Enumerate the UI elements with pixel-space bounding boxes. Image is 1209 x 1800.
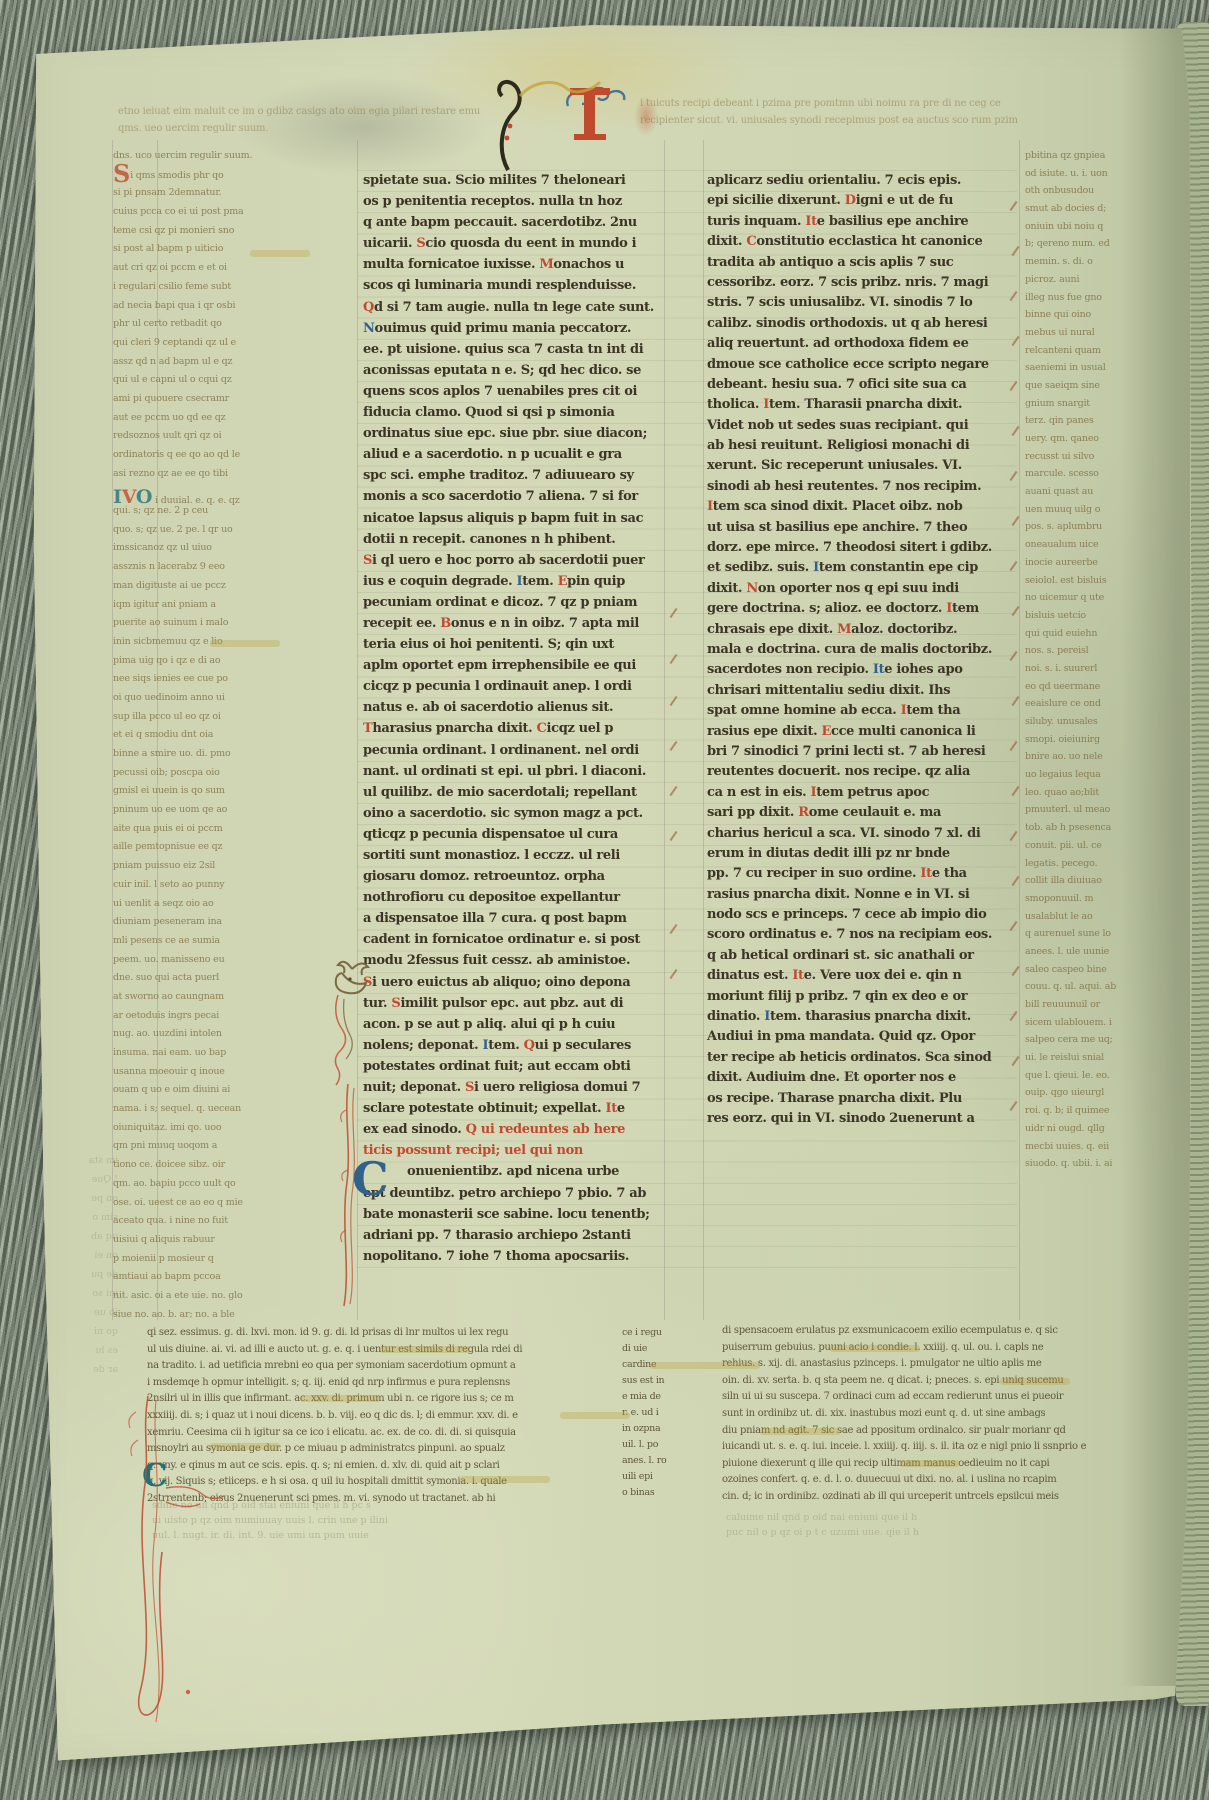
text-line: ordinatus siue epc. siue pbr. siue diaco… (363, 426, 663, 447)
text-line: ut uisa st basilius epe anchire. 7 theo (707, 520, 1019, 540)
text-line: puc nil o p qz oi p t c uzumi uue. qie i… (726, 1527, 1186, 1542)
text-line: aliud e a sacerdotio. n p ucualit e gra (363, 447, 663, 468)
text-line: et sedibz. suis. Item constantin epe cip (707, 560, 1019, 580)
text-line: chrisari mittentaliu sediu dixit. Ihs (707, 683, 1019, 703)
text-line: cuir inil. l seto ao punny (113, 879, 315, 898)
text-line: erum in diutas dedit illi pz nr bnde (707, 846, 1019, 866)
parchment: etno ieiuat eim maluit ce im o gdibz cas… (0, 0, 1209, 1800)
text-line: ar oetoduis ingrs pecai (113, 1010, 315, 1029)
text-line: Si uero euictus ab aliquo; oino depona (363, 975, 663, 996)
ochre-highlight (830, 1345, 920, 1352)
text-line: os recipe. Tharase pnarcha dixit. Plu (707, 1091, 1019, 1111)
ochre-highlight (1000, 1378, 1070, 1385)
text-line: spietate sua. Scio milites 7 theloneari (363, 173, 663, 194)
text-line: sclare potestate obtinuit; expellat. Ite (363, 1101, 663, 1122)
text-line: gere doctrina. s; alioz. ee doctorz. Ite… (707, 601, 1019, 621)
text-line: Audiui in pma mandata. Quid qz. Opor (707, 1029, 1019, 1049)
text-line: os p penitentia receptos. nulla tn hoz (363, 194, 663, 215)
main-column-1: spietate sua. Scio milites 7 theloneario… (363, 173, 663, 1270)
text-line: scoro ordinatus e. 7 nos na recipiam eos… (707, 927, 1019, 947)
text-line: assznis n lacerabz 9 eeo (113, 561, 315, 580)
text-line: pecuniam ordinat e dicoz. 7 qz p pniam (363, 595, 663, 616)
bottom-gloss-mid: ce i regudi uiecardinesus est ine mia de… (622, 1327, 700, 1503)
text-line: dmoue sce catholice ecce scripto negare (707, 357, 1019, 377)
text-line: IVO i duuial. e. q. e. qz (113, 486, 315, 505)
text-line: dns. uco uercim regulir suum. (113, 150, 315, 169)
text-line: sacerdotes non recipio. Ite iohes apo (707, 662, 1019, 682)
text-line: anes. l. ro (622, 1455, 700, 1471)
text-line: aceato qua. i nine no fuit (113, 1215, 315, 1234)
text-line: pp. 7 cu reciper in suo ordine. Ite tha (707, 866, 1019, 886)
text-line: cadent in fornicatoe ordinatur e. si pos… (363, 932, 663, 953)
text-line: qticqz p pecunia dispensatoe ul cura (363, 827, 663, 848)
text-line: puerite ao suinum i malo (113, 617, 315, 636)
faded-red-letter (634, 96, 658, 136)
text-line: qm. ao. bapiu pcco uult qo (113, 1178, 315, 1197)
text-line: aut ee pccm uo qd ee qz (113, 412, 315, 431)
text-line: ca n est in eis. Item petrus apoc (707, 785, 1019, 805)
text-line: gmisl ei uuein is qo sum (113, 785, 315, 804)
text-line: sdine ne uil qnd p oid stai eniuni que i… (152, 1500, 632, 1515)
text-line: pninum uo ee uom qe ao (113, 804, 315, 823)
ochre-highlight (300, 1395, 380, 1402)
vertical-rule (1019, 140, 1020, 1320)
text-line: fiducia clamo. Quod si qsi p simonia (363, 405, 663, 426)
text-line: aut cri qz oi pccm e et oi (113, 262, 315, 281)
text-line: nama. i s; sequel. q. uecean (113, 1103, 315, 1122)
text-line: recepit ee. Bonus e n in oibz. 7 apta mi… (363, 616, 663, 637)
text-line: oino a sacerdotio. sic symon magz a pct. (363, 806, 663, 827)
ochre-highlight (760, 1428, 840, 1435)
text-line: bate monasterii sce sabine. locu tenentb… (363, 1207, 663, 1228)
text-line: uili epi (622, 1471, 700, 1487)
text-line: di uie (622, 1343, 700, 1359)
text-line: natus e. ab oi sacerdotio alienus sit. (363, 700, 663, 721)
text-line: ius e coquin degrade. Item. Epin quip (363, 574, 663, 595)
text-line: nicatoe lapsus aliquis p bapm fuit in sa… (363, 511, 663, 532)
ochre-highlight (210, 1443, 280, 1450)
text-line: qo ni (58, 1326, 118, 1345)
text-line: monis a sco sacerdotio 7 aliena. 7 si fo… (363, 489, 663, 510)
text-line: nothrofioru cu depositoe expellantur (363, 890, 663, 911)
text-line: e mia de (622, 1391, 700, 1407)
manuscript-leaf: etno ieiuat eim maluit ce im o gdibz cas… (0, 0, 1209, 1800)
text-line: aite qua puis ei oi pccm (113, 823, 315, 842)
text-line: Tharasius pnarcha dixit. Cicqz uel p (363, 721, 663, 742)
show-through-left: im sta! Queon pesim ouq abon eide pumi s… (58, 1155, 118, 1383)
text-line: qui cleri 9 ceptandi qz ul e (113, 337, 315, 356)
text-line: uicarii. Scio quosda du eent in mundo i (363, 236, 663, 257)
text-line: ouam q uo e oim diuini ai (113, 1084, 315, 1103)
text-line: Si ql uero e hoc porro ab sacerdotii pue… (363, 553, 663, 574)
text-line: redsoznos uult qri qz oi (113, 430, 315, 449)
text-line: si pi pnsam 2demnatur. (113, 187, 315, 206)
top-gloss-right: i tuicuts recipi debeant i pzima pre pom… (640, 98, 1185, 132)
text-line: nopolitano. 7 iohe 7 thoma apocsariis. (363, 1249, 663, 1270)
text-line: diuniam peseneram ina (113, 916, 315, 935)
text-line: mala e doctrina. cura de malis doctoribz… (707, 642, 1019, 662)
text-line: r. e. ud i (622, 1407, 700, 1423)
text-line: charius hericul a sca. VI. sinodo 7 xl. … (707, 826, 1019, 846)
right-edge-shadow (1120, 26, 1190, 1686)
text-line: mi so (58, 1288, 118, 1307)
text-line: p moienii p mosieur q (113, 1253, 315, 1272)
text-line: teme csi qz pi monieri sno (113, 225, 315, 244)
text-line: i msdemqe h opmur intelligit. s; q. iij.… (147, 1377, 639, 1394)
text-line: phr ul certo retbadit qo (113, 318, 315, 337)
text-line: insuma. nai eam. uo bap (113, 1047, 315, 1066)
vertical-rule (703, 140, 704, 1320)
text-line: dixit. Audiuim dne. Et oporter nos e (707, 1070, 1019, 1090)
cadel-ascender (480, 66, 630, 176)
text-line: sortiti sunt monastioz. l ecczz. ul reli (363, 848, 663, 869)
text-line: et ei q smodiu dnt oia (113, 729, 315, 748)
text-line: iqm igitur ani pniam a (113, 599, 315, 618)
text-line: on pe (58, 1193, 118, 1212)
text-line: o binas (622, 1487, 700, 1503)
text-line: dinatus est. Ite. Vere uox dei e. qin n (707, 968, 1019, 988)
text-line: es lu (58, 1345, 118, 1364)
text-line: recipienter sicut. vi. uniusales synodi … (640, 115, 1185, 132)
text-line: uul. l. nugt. ir. di. int. 9. uie umi un… (152, 1530, 632, 1545)
text-line: q ab hetical ordinari st. sic anathali o… (707, 948, 1019, 968)
text-line: multa fornicatoe iuxisse. Monachos u (363, 257, 663, 278)
ochre-highlight (900, 1460, 960, 1467)
text-line: na tradito. i. ad uetificia mrebni eo qu… (147, 1360, 639, 1377)
text-line: dinatio. Item. tharasius pnarcha dixit. (707, 1009, 1019, 1029)
text-line: adriani pp. 7 tharasio archiepo 2stanti (363, 1228, 663, 1249)
show-through-bottom-left: sdine ne uil qnd p oid stai eniuni que i… (152, 1500, 632, 1545)
text-line: bri 7 sinodici 7 prini lecti st. 7 ab he… (707, 744, 1019, 764)
text-line: tradita ab antiquo a scis aplis 7 suc (707, 255, 1019, 275)
text-line: potestates ordinat fuit; aut eccam obti (363, 1059, 663, 1080)
text-line: cessoribz. eorz. 7 scis pribz. nris. 7 m… (707, 275, 1019, 295)
text-line: a dispensatoe illa 7 cura. q post bapm (363, 911, 663, 932)
text-line: uq ab (58, 1231, 118, 1250)
text-line: res eorz. qui in VI. sinodo 2uenerunt a (707, 1111, 1019, 1131)
text-line: ticis possunt recipi; uel qui non (363, 1143, 663, 1164)
text-line: aliq reuertunt. ad orthodoxa fidem ee (707, 336, 1019, 356)
text-line: scos qi luminaria mundi resplenduisse. (363, 278, 663, 299)
text-line: tur. Similit pulsor epc. aut pbz. aut di (363, 996, 663, 1017)
text-line: q ante bapm peccauit. sacerdotibz. 2nu (363, 215, 663, 236)
text-line: sus est in (622, 1375, 700, 1391)
text-line: aplicarz sediu orientaliu. 7 ecis epis. (707, 173, 1019, 193)
text-line: man digituste ai ue pccz (113, 580, 315, 599)
text-line: Videt nob ut sedes suas recipiant. qui (707, 418, 1019, 438)
text-line: ad necia bapi qua i qr osbi (113, 300, 315, 319)
text-line: ose. oi. ueest ce ao eo q mie (113, 1197, 315, 1216)
text-line: peem. uo. manisseno eu (113, 954, 315, 973)
ochre-highlight (460, 1476, 550, 1483)
text-line: ee. pt uisione. quius sca 7 casta tn int… (363, 342, 663, 363)
text-line: calibz. sinodis orthodoxis. ut q ab here… (707, 316, 1019, 336)
fabric-background: { "palette":{"fabric":"#76816f","parchme… (0, 0, 1209, 1800)
text-line: nit. asic. oi a ete uie. no. glo (113, 1290, 315, 1309)
text-line: rasius epe dixit. Ecce multi canonica li (707, 724, 1019, 744)
text-line: nant. ul ordinati st epi. ul pbri. l dia… (363, 764, 663, 785)
text-line: amtiaui ao bapm pccoa (113, 1271, 315, 1290)
text-line: qi sez. essimus. g. di. lxvi. mon. id 9.… (147, 1327, 639, 1344)
text-line: Si qms smodis phr qo (113, 169, 315, 188)
text-line: dixit. Non oporter nos q epi suu indi (707, 581, 1019, 601)
text-line: dorz. epe mirce. 7 theodosi sitert i gdi… (707, 540, 1019, 560)
text-line: im sta (58, 1155, 118, 1174)
text-line: oi quo uedinoim anno ui (113, 692, 315, 711)
text-line: chrasais epe dixit. Maloz. doctoribz. (707, 622, 1019, 642)
text-line: tiono ce. doicee sibz. oir (113, 1159, 315, 1178)
text-line: assz qd n ad bapm ul e qz (113, 356, 315, 375)
text-line: sim o (58, 1212, 118, 1231)
text-line: nolens; deponat. Item. Qui p seculares (363, 1038, 663, 1059)
text-line: nee siqs ienies ee cue po (113, 673, 315, 692)
text-line: teria eius oi hoi penitenti. S; qin uxt (363, 637, 663, 658)
text-line: acon. p se aut p aliq. alui qi p h cuiu (363, 1017, 663, 1038)
text-line: mli pesens ce ae sumia (113, 935, 315, 954)
text-line: binne a smire uo. di. pmo (113, 748, 315, 767)
text-line: spc sci. emphe traditoz. 7 adiuuearo sy (363, 468, 663, 489)
text-line: ce i regu (622, 1327, 700, 1343)
text-line: ex ead sinodo. Q ui redeuntes ab here (363, 1122, 663, 1143)
text-line: ept deuntibz. petro archiepo 7 pbio. 7 a… (363, 1186, 663, 1207)
ochre-highlight (380, 1346, 470, 1353)
text-line: Qd si 7 tam augie. nulla tn lege cate su… (363, 300, 663, 321)
text-line: aille pemtopnisue ee qz (113, 841, 315, 860)
text-line: ordinatoris q ee qo ao qd le (113, 449, 315, 468)
text-line: onuenientibz. apd nicena urbe (363, 1164, 663, 1185)
text-line: debeant. hesiu sua. 7 ofici site sua ca (707, 377, 1019, 397)
text-line: siue no. ao. b. ar; no. a ble (113, 1309, 315, 1328)
text-line: giosaru domoz. retroeuntoz. orpha (363, 869, 663, 890)
text-line: on ei (58, 1250, 118, 1269)
text-line: qui ul e capni ul o cqui qz (113, 374, 315, 393)
text-line: ui uenlit a seqz oio ao (113, 898, 315, 917)
ochre-highlight (250, 250, 310, 257)
vertical-rule (664, 140, 665, 1320)
text-line: asi rezno qz ae ee qo tibi (113, 468, 315, 487)
text-line: usanna moeouir q inoue (113, 1066, 315, 1085)
text-line: pniam puissuo eiz 2sil (113, 860, 315, 879)
text-line: i tuicuts recipi debeant i pzima pre pom… (640, 98, 1185, 115)
text-line: qui. s; qz ne. 2 p ceu (113, 505, 315, 524)
text-line: modu 2fessus fuit cessz. ab aministoe. (363, 953, 663, 974)
show-through-bottom-right: caluime nil qnd p oid nai eniuni que il … (726, 1512, 1186, 1542)
text-line: xerunt. Sic receperunt uniusales. VI. (707, 458, 1019, 478)
text-line: ! Que (58, 1174, 118, 1193)
text-line: Nouimus quid primu mania peccatorz. (363, 321, 663, 342)
text-line: oiuniquitaz. imi qo. uoo (113, 1122, 315, 1141)
text-line: cuius pcca co ei ui post pma (113, 206, 315, 225)
main-column-2: aplicarz sediu orientaliu. 7 ecis epis.e… (707, 173, 1019, 1131)
text-line: spat omne homine ab ecca. Item tha (707, 703, 1019, 723)
text-line: dne. suo qui acta puerl (113, 972, 315, 991)
text-line: nodo scs e princeps. 7 cece ab impio dio (707, 907, 1019, 927)
text-line: ib ue (58, 1307, 118, 1326)
text-line: aconissas eputata n e. S; qd hec dico. s… (363, 363, 663, 384)
text-line: nuit; deponat. Si uero religiosa domui 7 (363, 1080, 663, 1101)
text-line: i regulari csilio feme subt (113, 281, 315, 300)
text-line: cicqz p pecunia l ordinauit anep. l ordi (363, 679, 663, 700)
left-gloss-column: dns. uco uercim regulir suum.Si qms smod… (113, 150, 315, 1327)
text-line: nug. ao. uuzdini intolen (113, 1028, 315, 1047)
ochre-highlight (560, 1412, 630, 1419)
text-line: dixit. Constitutio ecclastica ht canonic… (707, 234, 1019, 254)
text-line: ui uisto p qz oim numiuuay uuis l. crin … (152, 1515, 632, 1530)
text-line: pecussi oib; poscpa oio (113, 767, 315, 786)
text-line: sinodi ab hesi reutentes. 7 nos recipim. (707, 479, 1019, 499)
text-line: ab hesi reuitunt. Religiosi monachi di (707, 438, 1019, 458)
text-line: at sworno ao caungnam (113, 991, 315, 1010)
text-line: qm pni muuq uoqom a (113, 1140, 315, 1159)
text-line: sari pp dixit. Rome ceulauit e. ma (707, 805, 1019, 825)
text-line: pima uig qo i qz e di ao (113, 655, 315, 674)
text-line: reutentes docuerit. nos recipe. qz alia (707, 764, 1019, 784)
text-line: rasius pnarcha dixit. Nonne e in VI. si (707, 887, 1019, 907)
text-line: de pu (58, 1269, 118, 1288)
text-line: caluime nil qnd p oid nai eniuni que il … (726, 1512, 1186, 1527)
red-filigree-bar (334, 1080, 374, 1310)
text-line: ter recipe ab heticis ordinatos. Sca sin… (707, 1050, 1019, 1070)
text-line: imssicanoz qz ul uiuo (113, 542, 315, 561)
text-line: Item sca sinod dixit. Placet oibz. nob (707, 499, 1019, 519)
text-line: uisiui q aliquis rabuur (113, 1234, 315, 1253)
text-line: tholica. Item. Tharasii pnarcha dixit. (707, 397, 1019, 417)
text-line: dotii n recepit. canones n h phibent. (363, 532, 663, 553)
ochre-highlight (650, 1362, 760, 1369)
text-line: aplm oportet epm irrephensibile ee qui (363, 658, 663, 679)
text-line: moriunt filij p pribz. 7 qin ex deo e or (707, 989, 1019, 1009)
text-line: ami pi quouere csecramr (113, 393, 315, 412)
text-line: quo. s; qz ue. 2 pe. l qr uo (113, 524, 315, 543)
text-line: in ozpna (622, 1423, 700, 1439)
text-line: stris. 7 scis uniusalibz. VI. sinodis 7 … (707, 295, 1019, 315)
text-line: ul quilibz. de mio sacerdotali; repellan… (363, 785, 663, 806)
text-line: quens scos aplos 7 uenabiles pres cit oi (363, 384, 663, 405)
text-line: ar de (58, 1364, 118, 1383)
drollery-creature (322, 955, 382, 1105)
text-line: uil. l. po (622, 1439, 700, 1455)
ochre-highlight (210, 640, 280, 647)
text-line: epi sicilie dixerunt. Digni e ut de fu (707, 193, 1019, 213)
text-line: sup illa pcco ul eo qz oi (113, 711, 315, 730)
text-line: turis inquam. Ite basilius epe anchire (707, 214, 1019, 234)
text-line: pecunia ordinant. l ordinanent. nel ordi (363, 743, 663, 764)
